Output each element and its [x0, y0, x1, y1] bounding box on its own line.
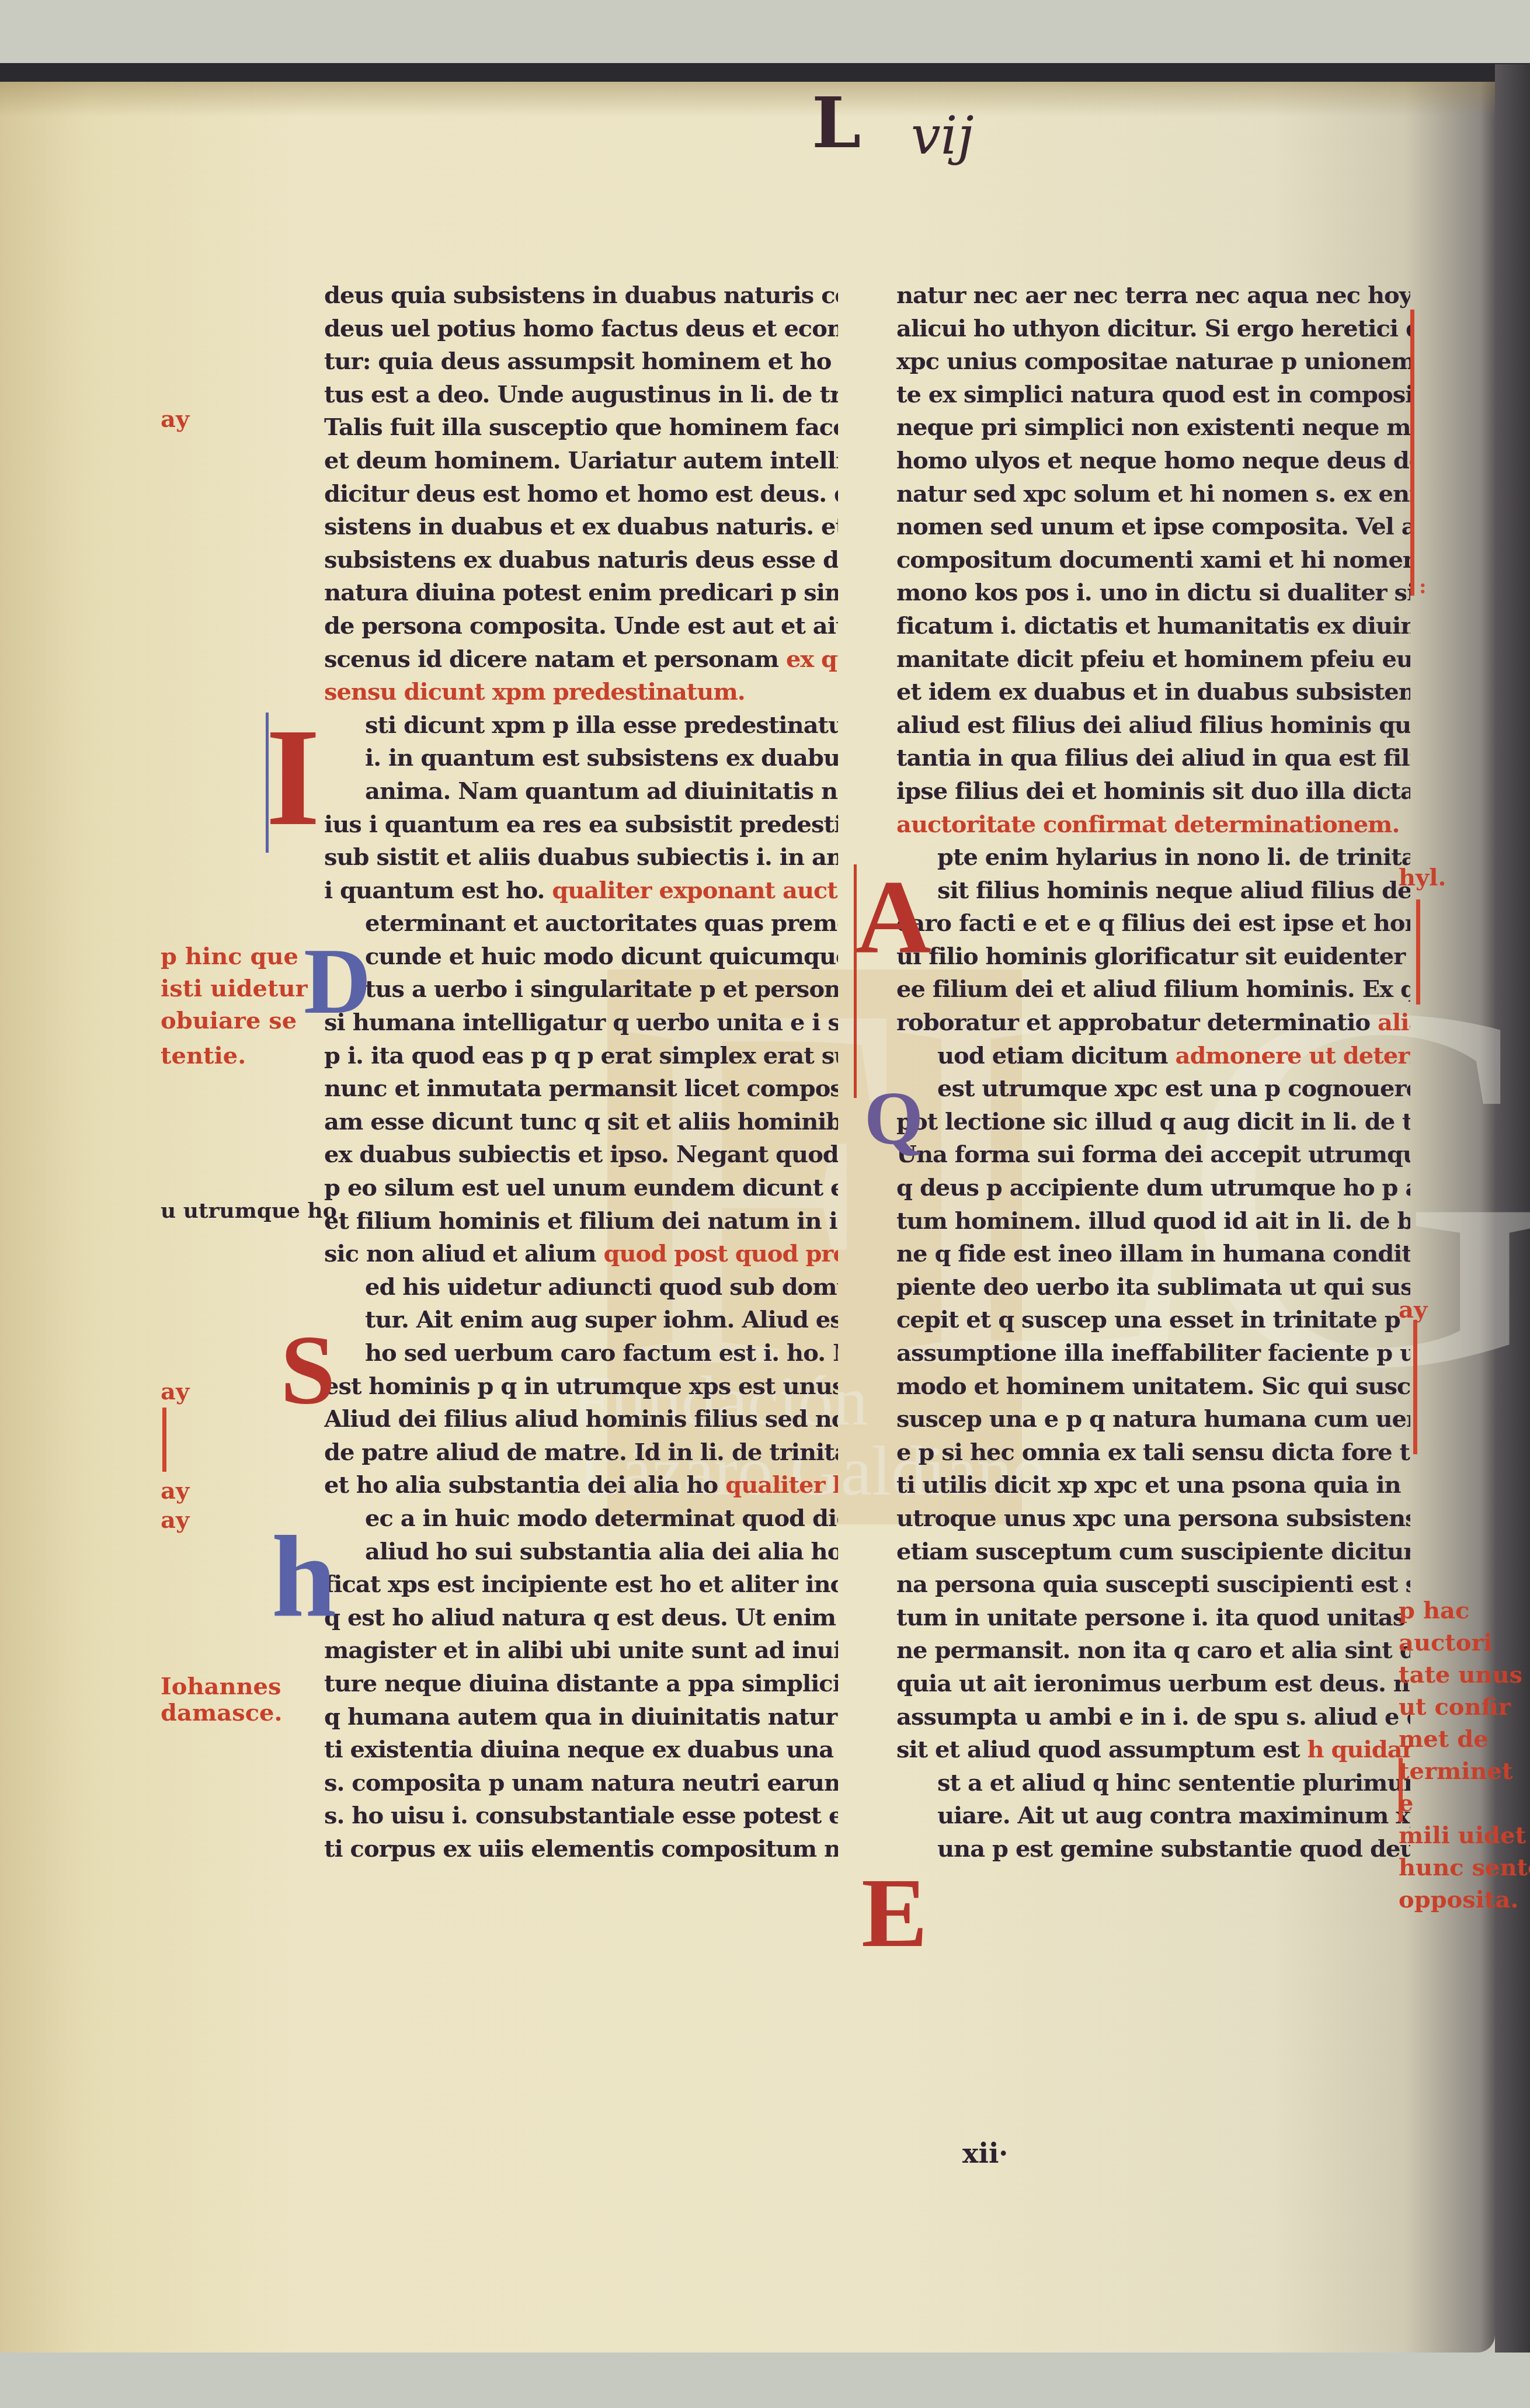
decorated-initial-e: E — [861, 1863, 927, 1962]
text-line: ture neque diuina distante a ppa simplic… — [324, 1667, 838, 1701]
rubric: alia non astor — [1378, 1009, 1410, 1036]
line-text: et filium hominis et filium dei natum in… — [324, 1207, 838, 1235]
margin-note: opposita. — [1399, 1884, 1518, 1916]
text-line: sit filius hominis neque aliud filius de… — [896, 874, 1410, 908]
text-line: i. in quantum est subsistens ex duabus s… — [324, 742, 838, 775]
margin-note: mili uidet — [1399, 1819, 1526, 1852]
text-line: tum hominem. illud quod id ait in li. de… — [896, 1205, 1410, 1238]
line-text: anima. Nam quantum ad diuinitatis non es… — [365, 777, 838, 805]
line-text: p i. ita quod eas p q p erat simplex era… — [324, 1042, 838, 1069]
margin-note: tentie. — [161, 1040, 246, 1072]
text-line: de patre aliud de matre. Id in li. de tr… — [324, 1436, 838, 1469]
line-text: modo et hominem unitatem. Sic qui suscep… — [896, 1372, 1410, 1400]
line-text: ture neque diuina distante a ppa simplic… — [324, 1670, 838, 1697]
margin-note: ay — [161, 1475, 189, 1507]
text-line: e p si hec omnia ex tali sensu dicta for… — [896, 1436, 1410, 1469]
text-line: natura diuina potest enim predicari p si… — [324, 576, 838, 610]
text-line: homo ulyos et neque homo neque deus deus… — [896, 444, 1410, 478]
book-cover-edge — [0, 63, 1530, 84]
line-text: de persona composita. Unde est aut et ai… — [324, 612, 838, 640]
line-text: uiare. Ait ut aug contra maximinum xpc — [937, 1802, 1410, 1829]
line-text: compositum documenti xami et hi nomen s.… — [896, 546, 1410, 574]
line-text: est utrumque xpc est una p cognouere — [937, 1075, 1410, 1102]
text-line: et deum hominem. Uariatur autem intellig… — [324, 444, 838, 478]
text-line: deus uel potius homo factus deus et econ… — [324, 312, 838, 346]
line-text: subsistens ex duabus naturis deus esse d… — [324, 546, 838, 574]
text-line: ficat xps est incipiente est ho et alite… — [324, 1568, 838, 1601]
text-line: assumpta u ambi e in i. de spu s. aliud … — [896, 1701, 1410, 1734]
margin-bracket — [1413, 1320, 1417, 1454]
text-line: ex duabus subiectis et ipso. Negant quod… — [324, 1138, 838, 1172]
rubric: admonere ut determinet- — [1175, 1042, 1410, 1069]
margin-bracket-dots: : — [1419, 575, 1427, 599]
line-text: natur nec aer nec terra nec aqua nec hoy — [896, 282, 1410, 309]
line-text: roboratur et approbatur determinatio — [896, 1009, 1370, 1036]
line-text: ficat xps est incipiente est ho et alite… — [324, 1570, 838, 1598]
line-text: xpc unius compositae naturae p unionem e… — [896, 348, 1410, 375]
rubric: qualiter hic respondeat. — [725, 1471, 838, 1499]
decorated-initial-q: Q — [864, 1080, 923, 1156]
line-text: ui filio hominis glorificatur sit euiden… — [896, 943, 1410, 970]
decorated-initial-s: S — [280, 1320, 336, 1419]
margin-note: u utrumque ho — [161, 1194, 337, 1227]
initial-flourish — [854, 864, 857, 1098]
line-text: suscep una e p q natura humana cum uerbo… — [896, 1405, 1410, 1433]
margin-note: p hinc que — [161, 940, 298, 973]
line-text: et ho alia substantia dei alia ho — [324, 1471, 718, 1499]
rubric: qualiter exponant auctoritates. — [552, 877, 838, 904]
line-text: tus est a deo. Unde augustinus in li. de… — [324, 381, 838, 408]
margin-note: p hac — [1399, 1594, 1469, 1627]
line-text: sit filius hominis neque aliud filius de… — [937, 877, 1410, 904]
line-text: eterminant et auctoritates quas prememin… — [365, 909, 838, 937]
text-line: compositum documenti xami et hi nomen s.… — [896, 544, 1410, 577]
line-text: una p est gemine substantie quod deus et… — [937, 1835, 1410, 1863]
margin-note: ay — [161, 403, 189, 436]
line-text: caro facti e et e q filius dei est ipse … — [896, 909, 1410, 937]
text-line: ficatum i. dictatis et humanitatis ex di… — [896, 610, 1410, 643]
line-text: sti dicunt xpm p illa esse predestinatum… — [365, 711, 838, 739]
line-text: q est ho aliud natura q est deus. Ut eni… — [324, 1604, 838, 1631]
line-text: assumpta u ambi e in i. de spu s. aliud … — [896, 1703, 1410, 1731]
line-text: cunde et huic modo dicunt quicumque legi… — [365, 943, 838, 970]
text-line: sensu dicunt xpm predestinatum. — [324, 676, 838, 709]
line-text: ee filium dei et aliud filium hominis. E… — [896, 975, 1410, 1003]
line-text: alicui ho uthyon dicitur. Si ergo hereti… — [896, 315, 1410, 342]
line-text: s. composita p unam natura neutri earum … — [324, 1769, 838, 1797]
text-line: magister et in alibi ubi unite sunt ad i… — [324, 1634, 838, 1667]
line-text: scenus id dicere natam et personam — [324, 645, 778, 673]
text-line: neque pri simplici non existenti neque m… — [896, 411, 1410, 444]
line-text: aliud ho sui substantia alia dei alia ho… — [365, 1538, 838, 1565]
rubric: ex quo — [786, 645, 838, 673]
decorated-initial-h: h — [272, 1519, 336, 1635]
text-line: assumptione illa ineffabiliter faciente … — [896, 1337, 1410, 1370]
line-text: nunc et inmutata permansit licet composi… — [324, 1075, 838, 1102]
text-line: uod etiam dicitum admonere ut determinet… — [896, 1040, 1410, 1073]
text-line: Talis fuit illa susceptio que hominem fa… — [324, 411, 838, 444]
margin-note: ay — [161, 1375, 189, 1408]
line-text: sistens in duabus et ex duabus naturis. … — [324, 513, 838, 540]
margin-note: terminet — [1399, 1755, 1513, 1788]
text-line: sub sistit et aliis duabus subiectis i. … — [324, 841, 838, 874]
text-line: est hominis p q in utrumque xps est unus… — [324, 1370, 838, 1403]
text-line: etiam susceptum cum suscipiente dicitur … — [896, 1535, 1410, 1569]
line-text: sit et aliud quod assumptum est — [896, 1736, 1299, 1763]
line-text: magister et in alibi ubi unite sunt ad i… — [324, 1636, 838, 1664]
line-text: ne q fide est ineo illam in humana condi… — [896, 1240, 1410, 1267]
margin-note: isti uidetur — [161, 972, 308, 1005]
text-line: caro facti e et e q filius dei est ipse … — [896, 907, 1410, 940]
text-line: natur sed xpc solum et hi nomen s. ex en… — [896, 478, 1410, 511]
line-text: tur. Ait enim aug super iohm. Aliud est … — [365, 1306, 838, 1333]
text-line: quia ut ait ieronimus uerbum est deus. n… — [896, 1667, 1410, 1701]
line-text: mono kos pos i. uno in dictu si dualiter… — [896, 579, 1410, 606]
text-line: subsistens ex duabus naturis deus esse d… — [324, 544, 838, 577]
line-text: natur sed xpc solum et hi nomen s. ex en… — [896, 480, 1410, 508]
text-line: anima. Nam quantum ad diuinitatis non es… — [324, 775, 838, 808]
text-line: ne q fide est ineo illam in humana condi… — [896, 1238, 1410, 1271]
line-text: nomen sed unum et ipse composita. Vel a … — [896, 513, 1410, 540]
line-text: ti utilis dicit xp xpc et una psona quia… — [896, 1471, 1400, 1499]
line-text: ius i quantum ea res ea subsistit predes… — [324, 811, 838, 838]
text-line: alicui ho uthyon dicitur. Si ergo hereti… — [896, 312, 1410, 346]
text-line: ipse filius dei et hominis sit duo illa … — [896, 775, 1410, 808]
line-text: sub sistit et aliis duabus subiectis i. … — [324, 843, 838, 871]
line-text: uod etiam dicitum — [937, 1042, 1168, 1069]
text-line: nomen sed unum et ipse composita. Vel a … — [896, 510, 1410, 544]
text-line: nunc et inmutata permansit licet composi… — [324, 1072, 838, 1106]
book-spine — [1495, 64, 1530, 2354]
text-line: roboratur et approbatur determinatio ali… — [896, 1006, 1410, 1040]
margin-bracket — [1416, 899, 1420, 1005]
line-text: ex duabus subiectis et ipso. Negant quod… — [324, 1141, 838, 1168]
line-text: etiam susceptum cum suscipiente dicitur … — [896, 1538, 1410, 1565]
text-line: sit et aliud quod assumptum est h quidam… — [896, 1733, 1410, 1767]
margin-note: e — [1399, 1787, 1413, 1820]
line-text: ti existentia diuina neque ex duabus una… — [324, 1736, 838, 1763]
right-text-column: natur nec aer nec terra nec aqua nec hoy… — [896, 279, 1410, 1866]
margin-note: ay — [1399, 1294, 1427, 1326]
margin-note: obuiare se — [161, 1005, 297, 1037]
text-line: pte enim hylarius in nono li. de trinita… — [896, 841, 1410, 874]
text-line: tus est a deo. Unde augustinus in li. de… — [324, 378, 838, 412]
line-text: ed his uidetur adiuncti quod sub domus c… — [365, 1273, 838, 1301]
line-text: st a et aliud q hinc sententie plurimum … — [937, 1769, 1410, 1797]
line-text: pte enim hylarius in nono li. de trinita… — [937, 843, 1410, 871]
quire-signature: xii· — [962, 2138, 1008, 2169]
text-line: am esse dicunt tunc q sit et aliis homin… — [324, 1106, 838, 1139]
line-text: tus a uerbo i singularitate p et persona… — [365, 975, 838, 1003]
margin-note: met de — [1399, 1723, 1489, 1756]
line-text: est hominis p q in utrumque xps est unus… — [324, 1372, 838, 1400]
text-line: tur. Ait enim aug super iohm. Aliud est … — [324, 1304, 838, 1337]
text-line: ti utilis dicit xp xpc et una psona quia… — [896, 1469, 1410, 1502]
text-line: ed his uidetur adiuncti quod sub domus c… — [324, 1271, 838, 1304]
text-line: piente deo uerbo ita sublimata ut qui su… — [896, 1271, 1410, 1304]
text-line: eterminant et auctoritates quas prememin… — [324, 907, 838, 940]
line-text: quia ut ait ieronimus uerbum est deus. n… — [896, 1670, 1410, 1697]
text-line: q est ho aliud natura q est deus. Ut eni… — [324, 1601, 838, 1635]
text-line: ui filio hominis glorificatur sit euiden… — [896, 940, 1410, 974]
margin-note: hunc sentent — [1399, 1851, 1530, 1884]
text-line: natur nec aer nec terra nec aqua nec hoy — [896, 279, 1410, 312]
line-text: si humana intelligatur q uerbo unita e i… — [324, 1009, 838, 1036]
text-line: na persona quia suscepti suscipienti est… — [896, 1568, 1410, 1601]
line-text: tum hominem. illud quod id ait in li. de… — [896, 1207, 1410, 1235]
text-line: tur: quia deus assumpsit hominem et ho a… — [324, 345, 838, 378]
line-text: Talis fuit illa susceptio que hominem fa… — [324, 414, 838, 441]
folio-number: vij — [911, 105, 974, 166]
line-text: te ex simplici natura quod est in compos… — [896, 381, 1410, 408]
line-text: deus quia subsistens in duabus naturis c… — [324, 282, 838, 309]
line-text: ipse filius dei et hominis sit duo illa … — [896, 777, 1410, 805]
text-line: utroque unus xpc una persona subsistens.… — [896, 1502, 1410, 1535]
line-text: manitate dicit pfeiu et hominem pfeiu eu… — [896, 645, 1410, 673]
line-text: Una forma sui forma dei accepit utrumque… — [896, 1141, 1410, 1168]
line-text: sic non aliud et alium — [324, 1240, 596, 1267]
text-line: ee filium dei et aliud filium hominis. E… — [896, 973, 1410, 1006]
line-text: tur: quia deus assumpsit hominem et ho a… — [324, 348, 838, 375]
line-text: ti corpus ex uiis elementis compositum n… — [324, 1835, 838, 1863]
text-line: modo et hominem unitatem. Sic qui suscep… — [896, 1370, 1410, 1403]
text-line: te ex simplici natura quod est in compos… — [896, 378, 1410, 412]
running-header-mark: L — [812, 82, 861, 164]
text-line: ius i quantum ea res ea subsistit predes… — [324, 808, 838, 842]
text-line: deus quia subsistens in duabus naturis c… — [324, 279, 838, 312]
photo-backdrop-bottom — [0, 2353, 1530, 2408]
line-text: s. ho uisu i. consubstantiale esse potes… — [324, 1802, 838, 1829]
text-line: tum in unitate persone i. ita quod unita… — [896, 1601, 1410, 1635]
line-text: dicitur deus est homo et homo est deus. … — [324, 480, 838, 508]
line-text: natura diuina potest enim predicari p si… — [324, 579, 838, 606]
text-line: manitate dicit pfeiu et hominem pfeiu eu… — [896, 643, 1410, 676]
text-line: p i. ita quod eas p q p erat simplex era… — [324, 1040, 838, 1073]
text-line: sistens in duabus et ex duabus naturis. … — [324, 510, 838, 544]
text-line: scenus id dicere natam et personam ex qu… — [324, 643, 838, 676]
line-text: ec a in huic modo determinat quod dicitu… — [365, 1504, 838, 1532]
decorated-initial-i: I — [266, 707, 320, 847]
line-text: pot lectione sic illud q aug dicit in li… — [896, 1108, 1410, 1135]
line-text: p eo silum est uel unum eundem dicunt es… — [324, 1174, 838, 1201]
text-line: dicitur deus est homo et homo est deus. … — [324, 478, 838, 511]
rubric: sensu dicunt xpm predestinatum. — [324, 678, 745, 706]
line-text: aliud est filius dei aliud filius homini… — [896, 711, 1410, 739]
line-text: tum in unitate persone i. ita quod unita… — [896, 1604, 1410, 1631]
text-line: Una forma sui forma dei accepit utrumque… — [896, 1138, 1410, 1172]
line-text: i. in quantum est subsistens ex duabus s… — [365, 744, 838, 772]
line-text: piente deo uerbo ita sublimata ut qui su… — [896, 1273, 1410, 1301]
text-line: ec a in huic modo determinat quod dicitu… — [324, 1502, 838, 1535]
text-line: sic non aliud et alium quod post quod pr… — [324, 1238, 838, 1271]
text-line: tus a uerbo i singularitate p et persona… — [324, 973, 838, 1006]
text-line: aliud ho sui substantia alia dei alia ho… — [324, 1535, 838, 1569]
photo-backdrop — [0, 0, 1530, 64]
line-text: i quantum est ho. — [324, 877, 544, 904]
text-line: et idem ex duabus et in duabus subsisten… — [896, 676, 1410, 709]
text-line: est utrumque xpc est una p cognouere — [896, 1072, 1410, 1106]
text-line: xpc unius compositae naturae p unionem e… — [896, 345, 1410, 378]
line-text: et deum hominem. Uariatur autem intellig… — [324, 447, 838, 474]
text-line: et filium hominis et filium dei natum in… — [324, 1205, 838, 1238]
line-text: assumptione illa ineffabiliter faciente … — [896, 1339, 1410, 1367]
text-line: si humana intelligatur q uerbo unita e i… — [324, 1006, 838, 1040]
text-line: aliud est filius dei aliud filius homini… — [896, 709, 1410, 742]
text-line: mono kos pos i. uno in dictu si dualiter… — [896, 576, 1410, 610]
line-text: q deus p accipiente dum utrumque ho p ac… — [896, 1174, 1410, 1201]
line-text: Aliud dei filius aliud hominis filius se… — [324, 1405, 838, 1433]
text-line: pot lectione sic illud q aug dicit in li… — [896, 1106, 1410, 1139]
line-text: tantia in qua filius dei aliud in qua es… — [896, 744, 1410, 772]
rubric: auctoritate confirmat determinationem. — [896, 811, 1399, 838]
rubric: h quidam post auctoritatem — [1307, 1736, 1410, 1763]
line-text: de patre aliud de matre. Id in li. de tr… — [324, 1438, 838, 1466]
text-line: ne permansit. non ita q caro et alia sin… — [896, 1634, 1410, 1667]
text-line: cepit et q suscep una esset in trinitate… — [896, 1304, 1410, 1337]
line-text: homo ulyos et neque homo neque deus deus… — [896, 447, 1410, 474]
margin-note: tate unus — [1399, 1659, 1522, 1691]
decorated-initial-a: A — [856, 864, 931, 970]
text-line: ti corpus ex uiis elementis compositum n… — [324, 1833, 838, 1866]
line-text: utroque unus xpc una persona subsistens.… — [896, 1504, 1410, 1532]
line-text: neque pri simplici non existenti neque m… — [896, 414, 1410, 441]
left-text-column: deus quia subsistens in duabus naturis c… — [324, 279, 838, 1866]
margin-bracket — [1410, 310, 1414, 596]
initial-flourish — [266, 713, 269, 853]
decorated-initial-d: D — [304, 934, 371, 1028]
text-line: auctoritate confirmat determinationem. — [896, 808, 1410, 842]
text-line: cunde et huic modo dicunt quicumque legi… — [324, 940, 838, 974]
text-line: Aliud dei filius aliud hominis filius se… — [324, 1403, 838, 1436]
page-shading — [0, 82, 1495, 117]
text-line: i quantum est ho. qualiter exponant auct… — [324, 874, 838, 908]
line-text: ho sed uerbum caro factum est i. ho. Non… — [365, 1339, 838, 1367]
text-line: st a et aliud q hinc sententie plurimum … — [896, 1767, 1410, 1800]
margin-note: ay — [161, 1504, 189, 1537]
text-line: et ho alia substantia dei alia ho qualit… — [324, 1469, 838, 1502]
line-text: am esse dicunt tunc q sit et aliis homin… — [324, 1108, 838, 1135]
margin-bracket — [162, 1408, 166, 1472]
text-line: s. ho uisu i. consubstantiale esse potes… — [324, 1799, 838, 1833]
line-text: q humana autem qua in diuinitatis natura… — [324, 1703, 838, 1731]
text-line: s. composita p unam natura neutri earum … — [324, 1767, 838, 1800]
margin-note: hyl. — [1399, 861, 1446, 894]
text-line: ho sed uerbum caro factum est i. ho. Non… — [324, 1337, 838, 1370]
line-text: et idem ex duabus et in duabus subsisten… — [896, 678, 1410, 706]
margin-note: damasce. — [161, 1697, 282, 1729]
text-line: uiare. Ait ut aug contra maximinum xpc — [896, 1799, 1410, 1833]
line-text: e p si hec omnia ex tali sensu dicta for… — [896, 1438, 1410, 1466]
line-text: ficatum i. dictatis et humanitatis ex di… — [896, 612, 1410, 640]
text-line: sti dicunt xpm p illa esse predestinatum… — [324, 709, 838, 742]
text-line: de persona composita. Unde est aut et ai… — [324, 610, 838, 643]
rubric: quod post quod premissus uidetur adi- — [604, 1240, 838, 1267]
text-line: q humana autem qua in diuinitatis natura… — [324, 1701, 838, 1734]
text-line: ti existentia diuina neque ex duabus una… — [324, 1733, 838, 1767]
text-line: p eo silum est uel unum eundem dicunt es… — [324, 1172, 838, 1205]
text-line: q deus p accipiente dum utrumque ho p ac… — [896, 1172, 1410, 1205]
text-line: una p est gemine substantie quod deus et… — [896, 1833, 1410, 1866]
line-text: cepit et q suscep una esset in trinitate… — [896, 1306, 1400, 1333]
line-text: ne permansit. non ita q caro et alia sin… — [896, 1636, 1410, 1664]
line-text: na persona quia suscepti suscipienti est… — [896, 1570, 1410, 1598]
text-line: tantia in qua filius dei aliud in qua es… — [896, 742, 1410, 775]
text-line: suscep una e p q natura humana cum uerbo… — [896, 1403, 1410, 1436]
margin-note: ut confir — [1399, 1691, 1511, 1724]
line-text: deus uel potius homo factus deus et econ… — [324, 315, 838, 342]
margin-note: auctori — [1399, 1627, 1493, 1659]
